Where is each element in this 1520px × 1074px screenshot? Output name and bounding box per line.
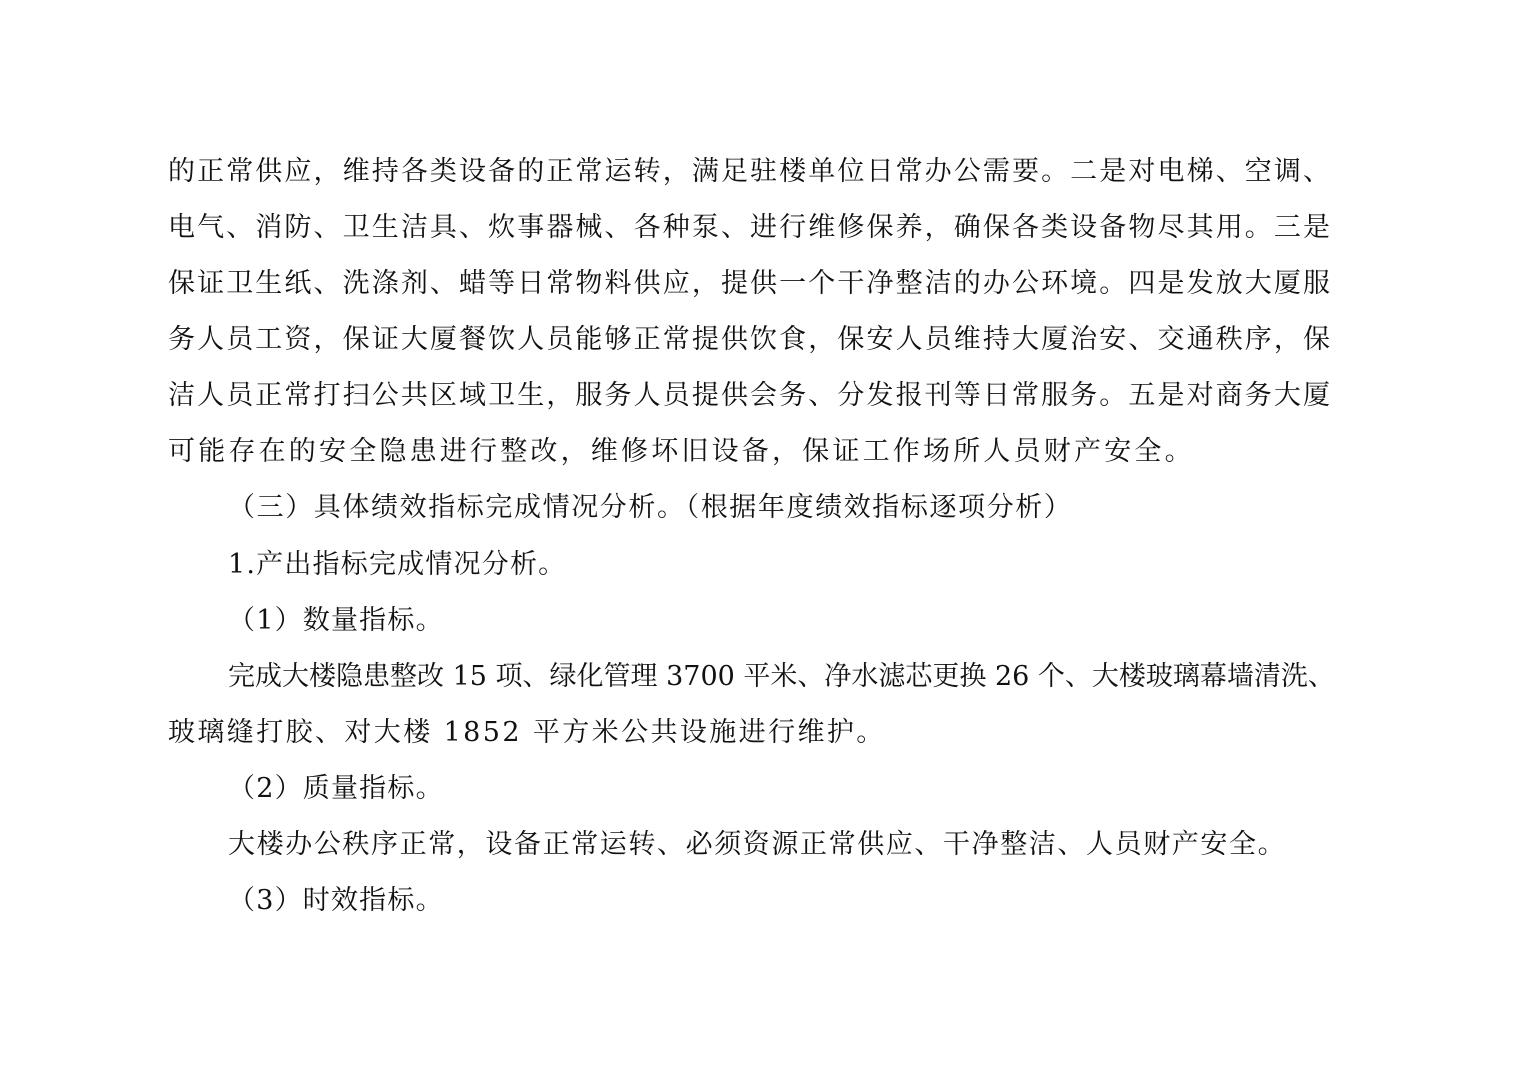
paragraph-line: 可能存在的安全隐患进行整改，维修坏旧设备，保证工作场所人员财产安全。 [168,435,1195,469]
quantity-text-line: 完成大楼隐患整改 15 项、绿化管理 3700 平米、净水滤芯更换 26 个、大… [228,660,1330,694]
paragraph-line: 洁人员正常打扫公共区域卫生，服务人员提供会务、分发报刊等日常服务。五是对商务大厦 [168,379,1330,413]
document-page: 的正常供应，维持各类设备的正常运转，满足驻楼单位日常办公需要。二是对电梯、空调、… [0,0,1520,1074]
subheading-output-indicators: 1.产出指标完成情况分析。 [228,548,566,582]
paragraph-line: 务人员工资，保证大厦餐饮人员能够正常提供饮食，保安人员维持大厦治安、交通秩序，保 [168,323,1330,357]
quality-text: 大楼办公秩序正常，设备正常运转、必须资源正常供应、干净整洁、人员财产安全。 [228,828,1286,862]
paragraph-line: 电气、消防、卫生洁具、炊事器械、各种泵、进行维修保养，确保各类设备物尽其用。三是 [168,211,1330,245]
paragraph-line: 的正常供应，维持各类设备的正常运转，满足驻楼单位日常办公需要。二是对电梯、空调、 [168,155,1330,189]
item-heading-quantity: （1）数量指标。 [228,604,444,638]
section-heading: （三）具体绩效指标完成情况分析。（根据年度绩效指标逐项分析） [228,491,1073,525]
item-heading-timeliness: （3）时效指标。 [228,884,444,918]
paragraph-line: 保证卫生纸、洗涤剂、蜡等日常物料供应，提供一个干净整洁的办公环境。四是发放大厦服 [168,267,1330,301]
quantity-text-line: 玻璃缝打胶、对大楼 1852 平方米公共设施进行维护。 [168,716,886,750]
item-heading-quality: （2）质量指标。 [228,772,444,806]
